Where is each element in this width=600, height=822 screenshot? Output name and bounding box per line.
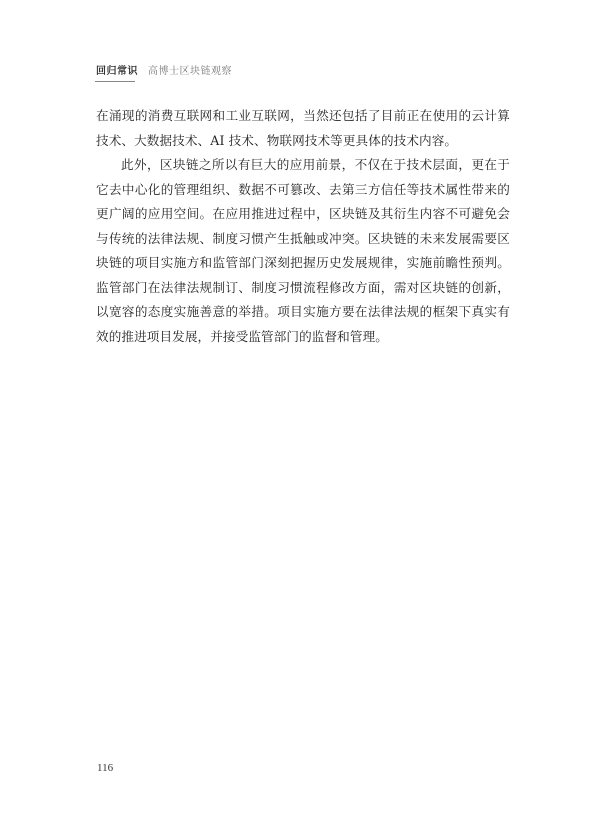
section-title-underline — [95, 81, 135, 82]
book-title: 高博士区块链观察 — [148, 62, 232, 77]
paragraph-1: 在涌现的消费互联网和工业互联网，当然还包括了目前正在使用的云计算技术、大数据技术… — [96, 104, 510, 153]
page-number: 116 — [97, 762, 113, 774]
running-header: 回归常识 高博士区块链观察 — [96, 62, 232, 86]
section-title-text: 回归常识 — [96, 66, 138, 77]
paragraph-2: 此外，区块链之所以有巨大的应用前景，不仅在于技术层面，更在于它去中心化的管理组织… — [96, 153, 510, 349]
body-text: 在涌现的消费互联网和工业互联网，当然还包括了目前正在使用的云计算技术、大数据技术… — [96, 104, 510, 349]
section-title: 回归常识 — [96, 62, 138, 77]
